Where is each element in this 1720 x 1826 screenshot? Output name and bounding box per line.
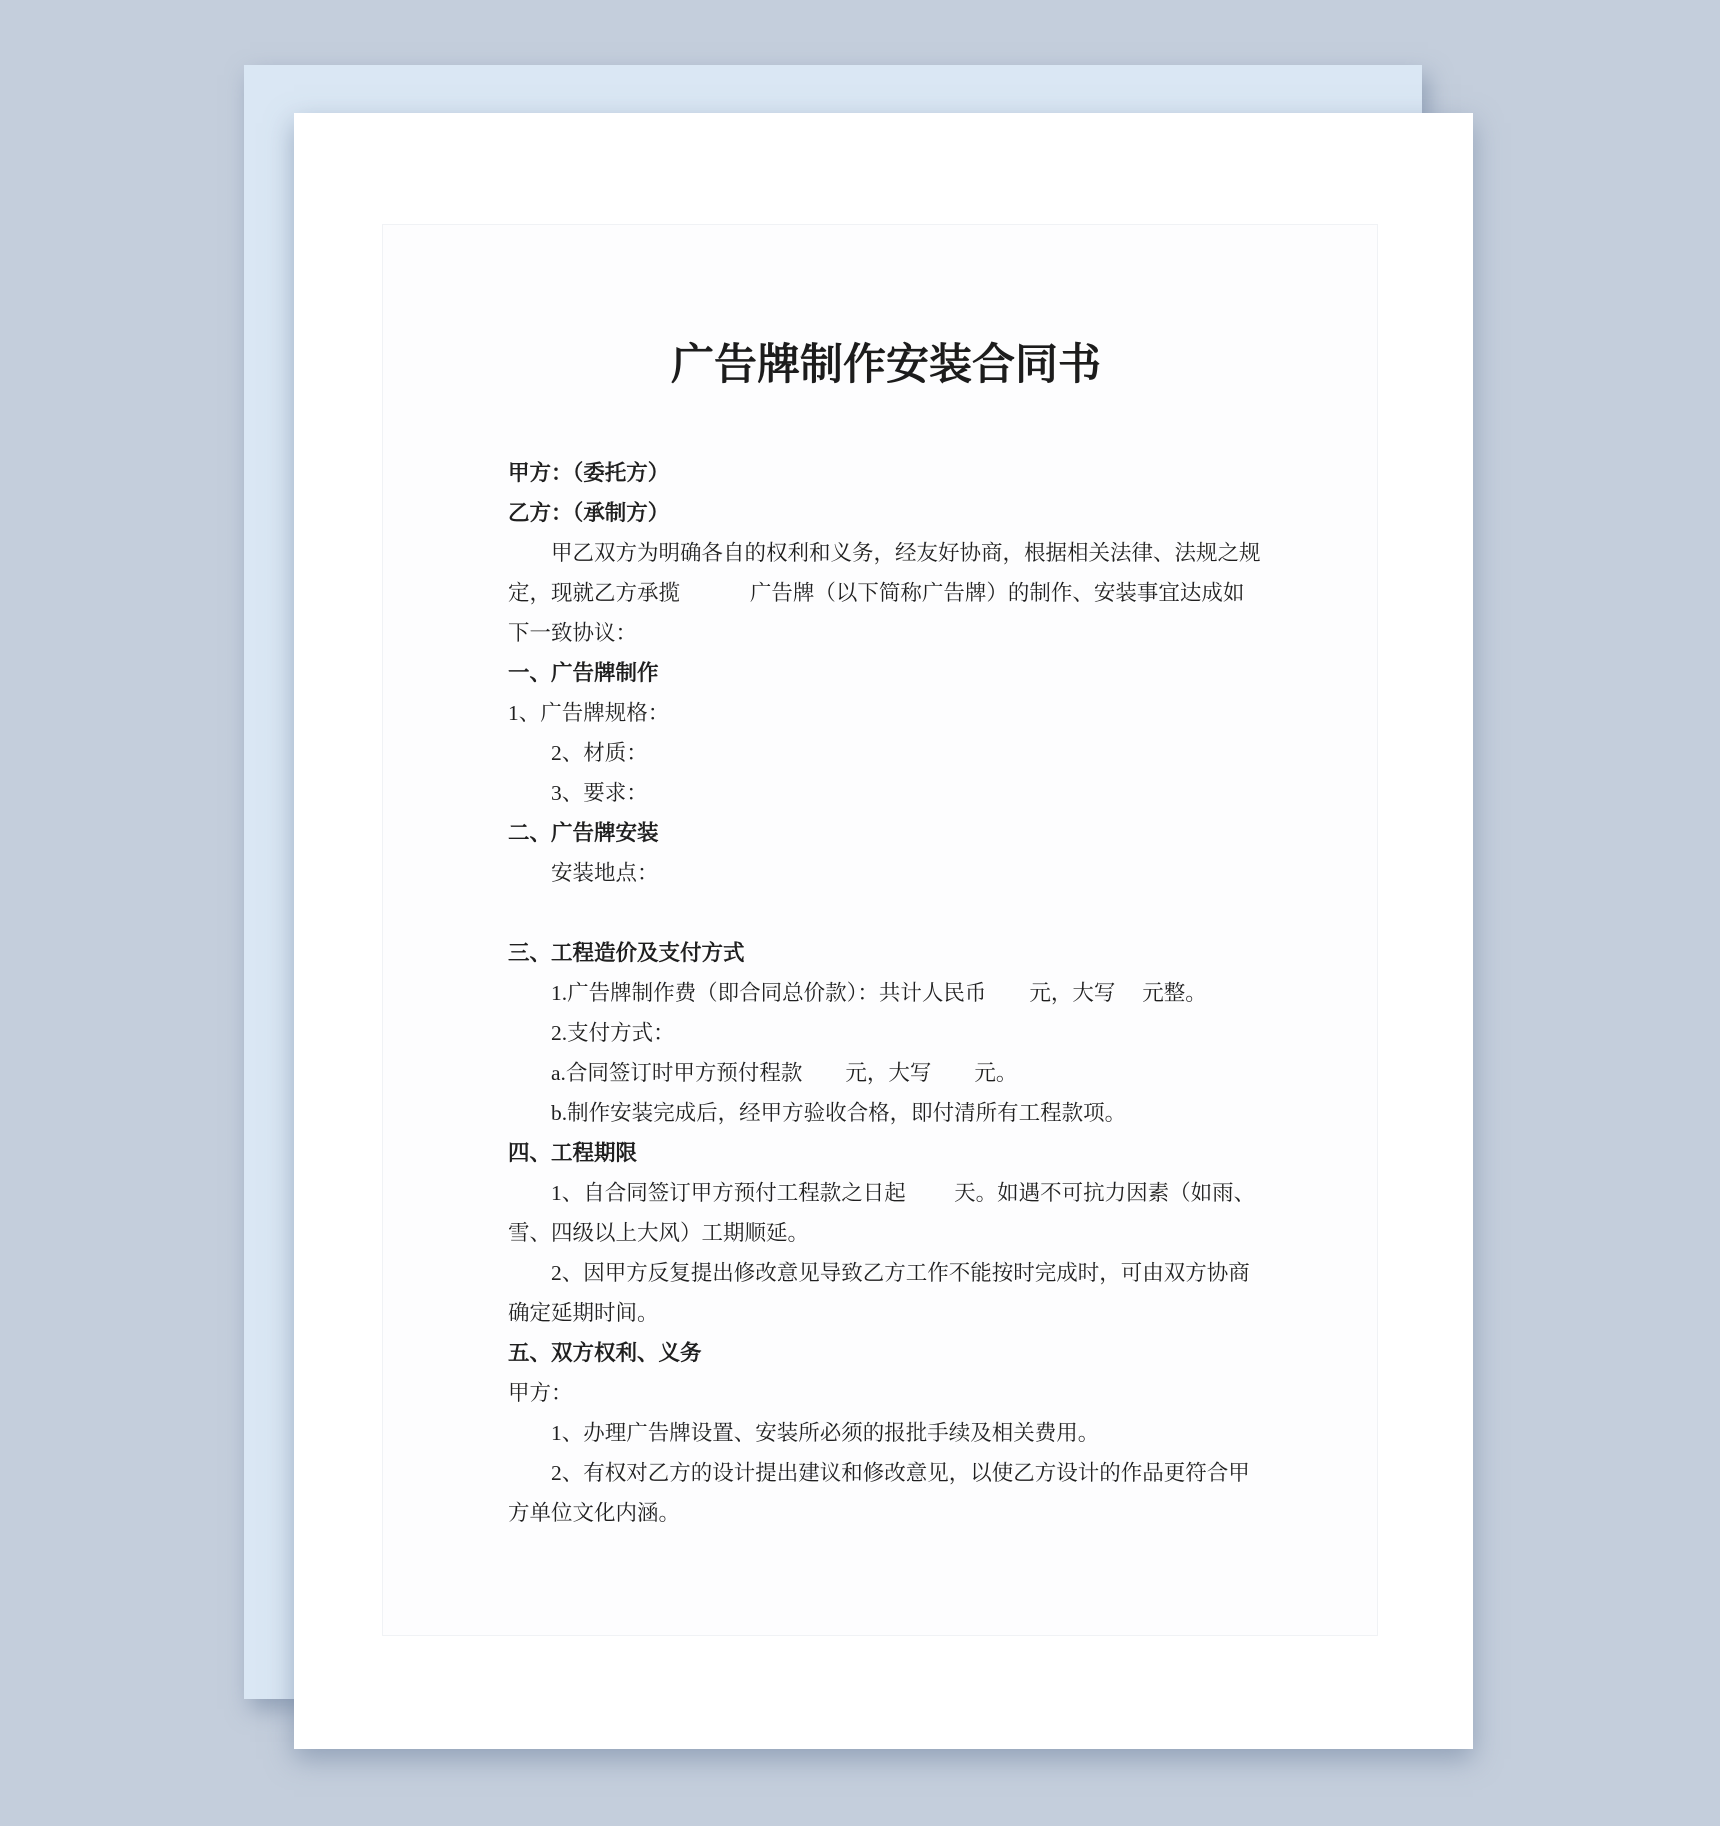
- desktop-background: 广告牌制作安装合同书 甲方：（委托方）乙方：（承制方） 甲乙双方为明确各自的权利…: [0, 0, 1720, 1826]
- document-line: 1.广告牌制作费（即合同总价款）：共计人民币 元，大写 元整。: [508, 973, 1264, 1013]
- document-line: 1、办理广告牌设置、安装所必须的报批手续及相关费用。: [508, 1413, 1264, 1453]
- document-line: b.制作安装完成后，经甲方验收合格，即付清所有工程款项。: [508, 1093, 1264, 1133]
- document-line: 方单位文化内涵。: [508, 1493, 1264, 1533]
- document-line: 乙方：（承制方）: [508, 493, 1264, 533]
- document-line: 雪、四级以上大风）工期顺延。: [508, 1213, 1264, 1253]
- document-line: 甲乙双方为明确各自的权利和义务，经友好协商，根据相关法律、法规之规: [508, 533, 1264, 573]
- document-line: 1、自合同签订甲方预付工程款之日起 天。如遇不可抗力因素（如雨、: [508, 1173, 1264, 1213]
- document-line: 2、材质：: [508, 733, 1264, 773]
- document-line: 定，现就乙方承揽 广告牌（以下简称广告牌）的制作、安装事宜达成如: [508, 573, 1264, 613]
- document-line: 四、工程期限: [508, 1133, 1264, 1173]
- document-line: 安装地点：: [508, 853, 1264, 893]
- document-page: 广告牌制作安装合同书 甲方：（委托方）乙方：（承制方） 甲乙双方为明确各自的权利…: [294, 113, 1473, 1749]
- document-line: 甲方：（委托方）: [508, 453, 1264, 493]
- document-line: a.合同签订时甲方预付程款 元，大写 元。: [508, 1053, 1264, 1093]
- document-line: 3、要求：: [508, 773, 1264, 813]
- document-line: 2、有权对乙方的设计提出建议和修改意见，以使乙方设计的作品更符合甲: [508, 1453, 1264, 1493]
- document-line: 三、工程造价及支付方式: [508, 933, 1264, 973]
- document-line: 2.支付方式：: [508, 1013, 1264, 1053]
- document-title: 广告牌制作安装合同书: [508, 339, 1264, 393]
- document-line: 一、广告牌制作: [508, 653, 1264, 693]
- document-line: 下一致协议：: [508, 613, 1264, 653]
- document-line: 五、双方权利、义务: [508, 1333, 1264, 1373]
- document-line: 2、因甲方反复提出修改意见导致乙方工作不能按时完成时，可由双方协商: [508, 1253, 1264, 1293]
- document-line: 二、广告牌安装: [508, 813, 1264, 853]
- document-line: 确定延期时间。: [508, 1293, 1264, 1333]
- document-content-area: 广告牌制作安装合同书 甲方：（委托方）乙方：（承制方） 甲乙双方为明确各自的权利…: [382, 224, 1378, 1636]
- document-line: 甲方：: [508, 1373, 1264, 1413]
- document-line: 1、广告牌规格：: [508, 693, 1264, 733]
- document-line: [508, 893, 1264, 933]
- document-lines: 甲方：（委托方）乙方：（承制方） 甲乙双方为明确各自的权利和义务，经友好协商，根…: [508, 453, 1264, 1533]
